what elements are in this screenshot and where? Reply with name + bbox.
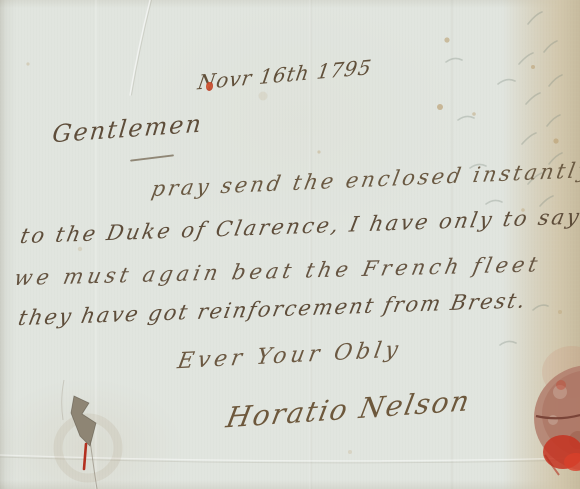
paper-tear	[58, 380, 118, 489]
wax-seal	[534, 346, 580, 475]
red-streak	[84, 444, 86, 469]
foxing-spots	[26, 37, 562, 454]
letter-scan: Novr 16th 1795 Gentlemen pray send the e…	[0, 0, 580, 489]
